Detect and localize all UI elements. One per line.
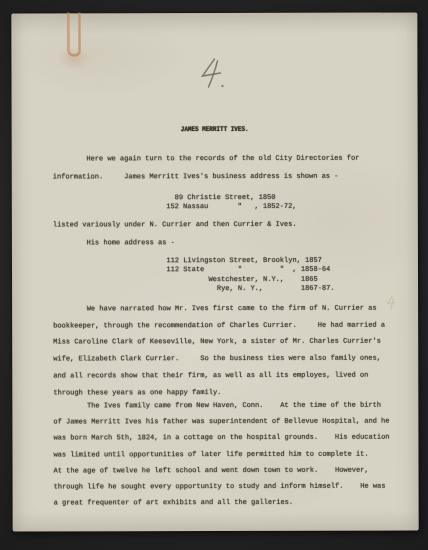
typed-line: Rye, N. Y., 1867-87. bbox=[53, 285, 334, 295]
margin-pencil-mark bbox=[384, 295, 398, 313]
paper-sheet: 4. JAMES MERRITT IVES. Here we again tur… bbox=[11, 12, 418, 531]
typed-line: was born March 5th, 1824, in a cottage o… bbox=[53, 430, 389, 447]
paragraph-family: The Ives family came from New Haven, Con… bbox=[53, 398, 389, 512]
typed-line: wife, Elizabeth Clark Currier. So the bu… bbox=[53, 351, 385, 369]
paragraph-narrated: We have narrated how Mr. Ives first came… bbox=[53, 301, 385, 402]
business-address-block: 89 Christie Street, 1850 152 Nassau " , … bbox=[53, 194, 297, 213]
home-address-intro: His home address as - bbox=[53, 238, 175, 248]
typed-line: bookkeeper, through the recommendation o… bbox=[53, 317, 385, 335]
home-address-block: 112 Livingston Street, Brooklyn, 1857 11… bbox=[53, 257, 335, 295]
typed-line: information. James Merritt Ives's busine… bbox=[53, 168, 360, 186]
typed-line: listed variously under N. Currier and th… bbox=[53, 220, 297, 231]
typed-line: was limited until opportunities of later… bbox=[53, 446, 389, 463]
typed-line: 152 Nassau " , 1852-72, bbox=[53, 203, 297, 213]
typed-line: At the age of twelve he left school and … bbox=[54, 462, 390, 479]
document-title: JAMES MERRITT IVES. bbox=[12, 125, 418, 135]
typed-line: Miss Caroline Clark of Keeseville, New Y… bbox=[53, 334, 385, 352]
typed-line: Here we again turn to the records of the… bbox=[53, 151, 360, 169]
typed-line: and all records show that their firm, as… bbox=[53, 367, 385, 385]
typed-line: His home address as - bbox=[53, 238, 175, 248]
typed-line: a great frequenter of art exhibits and a… bbox=[54, 495, 390, 512]
typed-line: The Ives family came from New Haven, Con… bbox=[53, 398, 389, 415]
typed-line: through life he sought every opportunity… bbox=[54, 479, 390, 496]
paragraph-intro: Here we again turn to the records of the… bbox=[53, 151, 360, 187]
typed-line: of James Merritt Ives his father was sup… bbox=[53, 414, 389, 431]
typed-line: 112 State " " , 1858-64 bbox=[53, 266, 334, 276]
page-number-handwritten: 4. bbox=[197, 56, 227, 92]
typed-line: We have narrated how Mr. Ives first came… bbox=[53, 301, 385, 319]
rust-smudge bbox=[57, 49, 91, 69]
listed-line: listed variously under N. Currier and th… bbox=[53, 220, 297, 231]
